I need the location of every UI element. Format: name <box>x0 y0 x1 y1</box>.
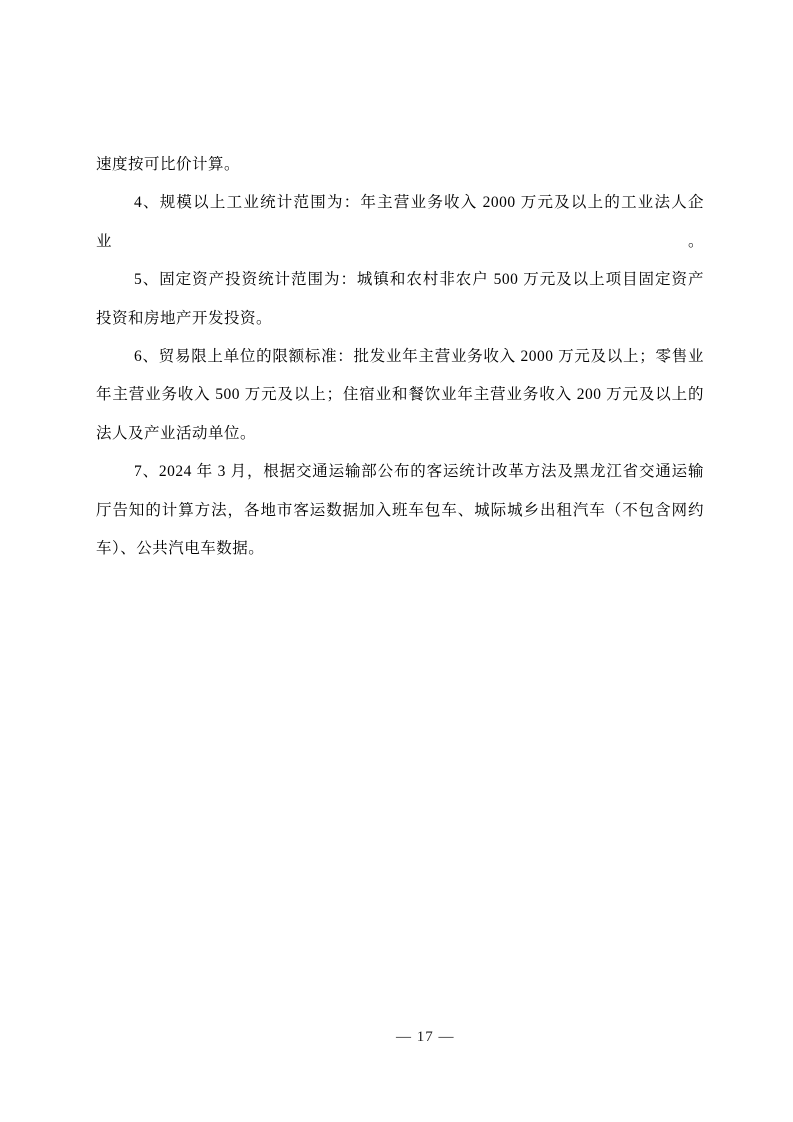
body-line: 年主营业务收入 500 万元及以上；住宿业和餐饮业年主营业务收入 200 万元及… <box>96 376 704 414</box>
body-line: 投资和房地产开发投资。 <box>96 300 704 338</box>
body-line: 速度按可比价计算。 <box>96 146 704 184</box>
document-body: 速度按可比价计算。 4、规模以上工业统计范围为：年主营业务收入 2000 万元及… <box>96 146 704 568</box>
footer-page-number: — 17 — <box>396 1028 455 1046</box>
body-line: 4、规模以上工业统计范围为：年主营业务收入 2000 万元及以上的工业法人企业。 <box>96 184 704 261</box>
body-line: 6、贸易限上单位的限额标准：批发业年主营业务收入 2000 万元及以上；零售业 <box>96 338 704 376</box>
body-line: 法人及产业活动单位。 <box>96 415 704 453</box>
document-page: 速度按可比价计算。 4、规模以上工业统计范围为：年主营业务收入 2000 万元及… <box>0 0 793 1122</box>
body-line: 7、2024 年 3 月，根据交通运输部公布的客运统计改革方法及黑龙江省交通运输 <box>96 453 704 491</box>
body-line: 5、固定资产投资统计范围为：城镇和农村非农户 500 万元及以上项目固定资产 <box>96 261 704 299</box>
body-line: 车）、公共汽电车数据。 <box>96 530 704 568</box>
body-line: 厅告知的计算方法，各地市客运数据加入班车包车、城际城乡出租汽车（不包含网约 <box>96 492 704 530</box>
